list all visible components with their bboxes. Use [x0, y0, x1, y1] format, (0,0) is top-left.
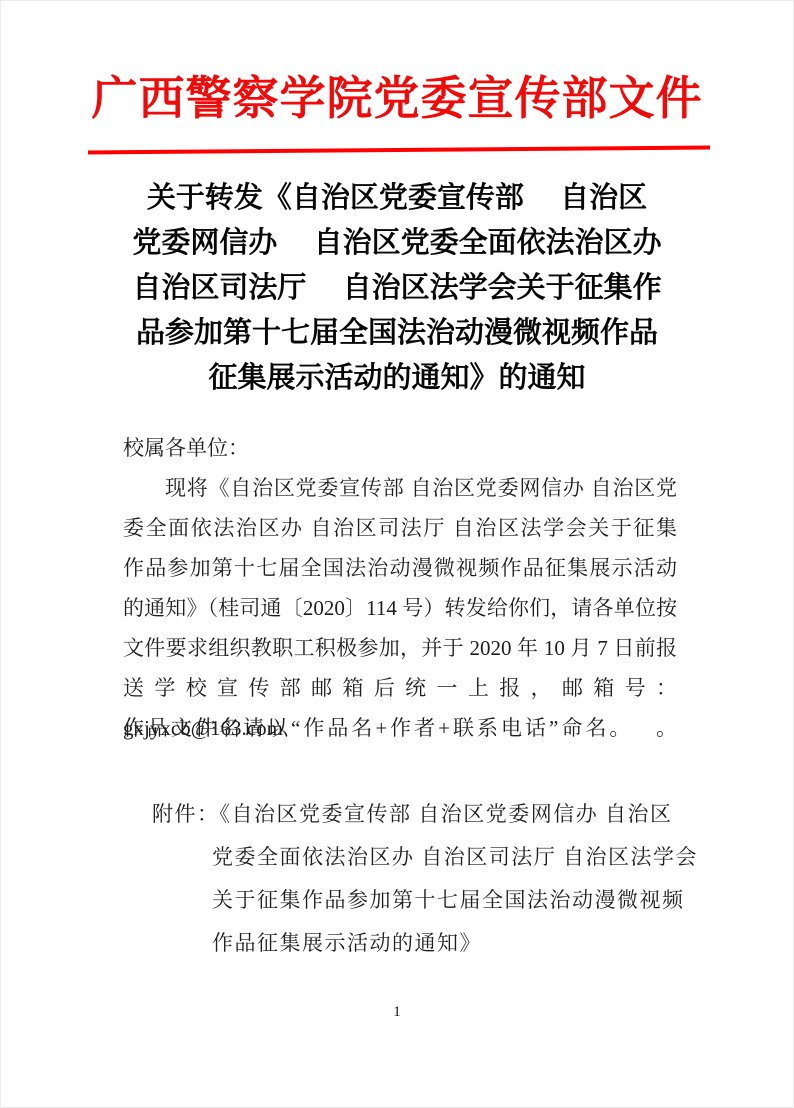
document-page: 广西警察学院党委宣传部文件 关于转发《自治区党委宣传部 自治区 党委网信办 自治…: [0, 0, 794, 1108]
body-line: 作品文件名请以“作品名+作者+联系电话”命名。: [123, 708, 677, 748]
body-line: 送学校宣传部邮箱后统一上报，邮箱号：gxjyxcb@163.com。: [123, 668, 677, 708]
body-line: 的通知》（桂司通〔2020〕114 号）转发给你们，请各单位按: [123, 588, 677, 628]
body-line: 文件要求组织教职工积极参加，并于 2020 年 10 月 7 日前报: [123, 628, 677, 668]
body-line: 委全面依法治区办 自治区司法厅 自治区法学会关于征集: [123, 508, 677, 548]
attachment-line: 关于征集作品参加第十七届全国法治动漫微视频: [152, 879, 692, 922]
page-number: 1: [0, 1004, 794, 1021]
document-title-line: 自治区司法厅 自治区法学会关于征集作: [60, 266, 734, 311]
salutation: 校属各单位：: [123, 428, 677, 468]
red-separator-line: [88, 146, 710, 155]
document-title-line: 关于转发《自治区党委宣传部 自治区: [60, 176, 734, 221]
document-title: 关于转发《自治区党委宣传部 自治区 党委网信办 自治区党委全面依法治区办 自治区…: [60, 176, 734, 401]
attachment-section: 附件：《自治区党委宣传部 自治区党委网信办 自治区 党委全面依法治区办 自治区司…: [152, 793, 692, 965]
attachment-line: 附件：《自治区党委宣传部 自治区党委网信办 自治区: [152, 793, 692, 836]
attachment-line: 党委全面依法治区办 自治区司法厅 自治区法学会: [152, 836, 692, 879]
body-line: 作品参加第十七届全国法治动漫微视频作品征集展示活动: [123, 548, 677, 588]
document-title-line: 品参加第十七届全国法治动漫微视频作品: [60, 311, 734, 356]
body-line: 现将《自治区党委宣传部 自治区党委网信办 自治区党: [123, 468, 677, 508]
document-body: 校属各单位： 现将《自治区党委宣传部 自治区党委网信办 自治区党 委全面依法治区…: [123, 428, 677, 748]
agency-header-title: 广西警察学院党委宣传部文件: [0, 70, 794, 128]
attachment-line: 作品征集展示活动的通知》: [152, 922, 692, 965]
document-title-line: 征集展示活动的通知》的通知: [60, 356, 734, 401]
document-title-line: 党委网信办 自治区党委全面依法治区办: [60, 221, 734, 266]
